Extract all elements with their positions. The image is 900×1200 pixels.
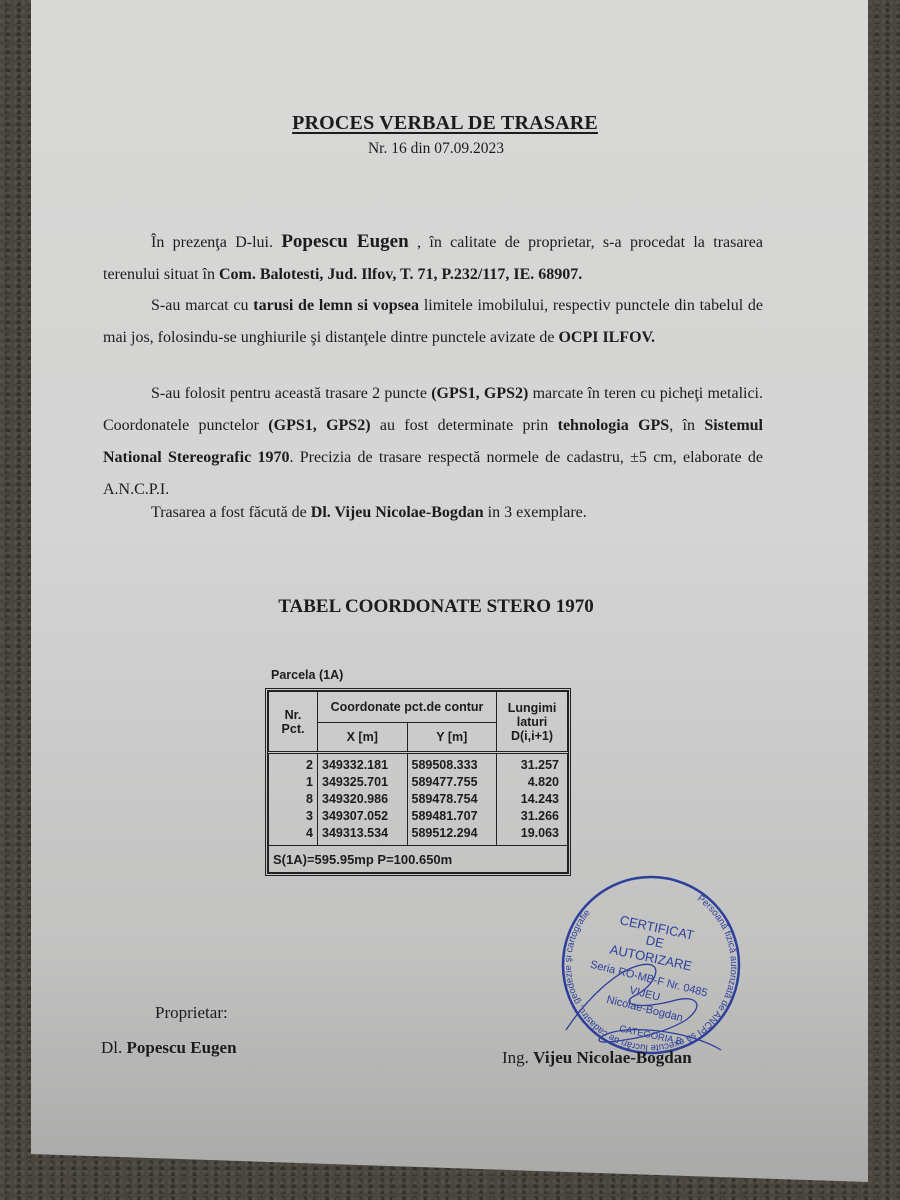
text: au fost determinate prin xyxy=(371,417,558,434)
paragraph-presence: În prezenţa D-lui. Popescu Eugen , în ca… xyxy=(103,226,763,291)
y-coordinate: 589512.294 xyxy=(407,825,497,846)
side-length: 19.063 xyxy=(497,825,568,846)
point-number: 1 xyxy=(269,774,318,791)
side-length: 31.257 xyxy=(497,757,568,774)
coordinates-table: Nr.Pct. Coordonate pct.de contur Lungimi… xyxy=(265,688,571,876)
technology: tehnologia GPS xyxy=(558,417,670,434)
owner-name-inline: Popescu Eugen xyxy=(281,231,408,252)
paragraph-gps: S-au folosit pentru această trasare 2 pu… xyxy=(103,378,763,506)
text: , în xyxy=(669,417,704,434)
text: in 3 exemplare. xyxy=(484,504,587,521)
x-coordinate: 349307.052 xyxy=(318,808,408,825)
surveyor-name: Dl. Vijeu Nicolae-Bogdan xyxy=(311,504,484,521)
y-coordinate: 589477.755 xyxy=(407,774,497,791)
header-nr: Nr.Pct. xyxy=(269,692,318,753)
side-length: 14.243 xyxy=(497,791,568,808)
text: Ing. xyxy=(502,1048,533,1067)
table-row: 8349320.986589478.75414.243 xyxy=(269,791,568,808)
paragraph-marking: S-au marcat cu tarusi de lemn si vopsea … xyxy=(103,290,763,354)
table-row: 4349313.534589512.29419.063 xyxy=(269,825,568,846)
y-coordinate: 589478.754 xyxy=(407,791,497,808)
side-length: 4.820 xyxy=(497,774,568,791)
document-title: PROCES VERBAL DE TRASARE xyxy=(31,112,859,135)
land-location: Com. Balotesti, Jud. Ilfov, T. 71, P.232… xyxy=(219,266,582,283)
point-number: 2 xyxy=(269,757,318,774)
engineer-name: Vijeu Nicolae-Bogdan xyxy=(533,1048,692,1067)
text: S-au marcat cu xyxy=(151,297,253,314)
document-number-date: Nr. 16 din 07.09.2023 xyxy=(31,140,841,158)
side-length: 31.266 xyxy=(497,808,568,825)
table-row: 3349307.052589481.70731.266 xyxy=(269,808,568,825)
point-number: 4 xyxy=(269,825,318,846)
table-summary: S(1A)=595.95mp P=100.650m xyxy=(269,846,568,873)
gps-points-2: (GPS1, GPS2) xyxy=(268,417,370,434)
point-number: 8 xyxy=(269,791,318,808)
stamp-line2: DE xyxy=(645,932,666,950)
document-page: PROCES VERBAL DE TRASARE Nr. 16 din 07.0… xyxy=(31,0,868,1185)
owner-signature-name: Dl. Popescu Eugen xyxy=(101,1038,237,1058)
y-coordinate: 589508.333 xyxy=(407,757,497,774)
table-title: TABEL COORDONATE STERO 1970 xyxy=(31,596,841,618)
paragraph-surveyor: Trasarea a fost făcută de Dl. Vijeu Nico… xyxy=(103,497,763,529)
marking-materials: tarusi de lemn si vopsea xyxy=(253,297,419,314)
y-coordinate: 589481.707 xyxy=(407,808,497,825)
table-row: 2349332.181589508.33331.257 xyxy=(269,757,568,774)
owner-signature-label: Proprietar: xyxy=(155,1003,228,1023)
table-row: 1349325.701589477.7554.820 xyxy=(269,774,568,791)
parcel-label: Parcela (1A) xyxy=(271,668,343,682)
authorization-stamp: Persoană fizică autorizată de ANCPI să e… xyxy=(546,860,756,1070)
text: În prezenţa D-lui. xyxy=(151,234,281,251)
point-number: 3 xyxy=(269,808,318,825)
text: Trasarea a fost făcută de xyxy=(151,504,311,521)
text: Dl. xyxy=(101,1038,127,1057)
x-coordinate: 349325.701 xyxy=(318,774,408,791)
x-coordinate: 349313.534 xyxy=(318,825,408,846)
owner-name: Popescu Eugen xyxy=(127,1038,237,1057)
text: S-au folosit pentru această trasare 2 pu… xyxy=(151,385,431,402)
header-length: LungimilaturiD(i,i+1) xyxy=(497,692,568,753)
authority: OCPI ILFOV. xyxy=(558,329,655,346)
x-coordinate: 349332.181 xyxy=(318,757,408,774)
header-y: Y [m] xyxy=(407,723,497,753)
header-x: X [m] xyxy=(318,723,408,753)
gps-points: (GPS1, GPS2) xyxy=(431,385,528,402)
engineer-signature-name: Ing. Vijeu Nicolae-Bogdan xyxy=(502,1048,692,1068)
header-coordinates: Coordonate pct.de contur xyxy=(318,692,497,723)
x-coordinate: 349320.986 xyxy=(318,791,408,808)
